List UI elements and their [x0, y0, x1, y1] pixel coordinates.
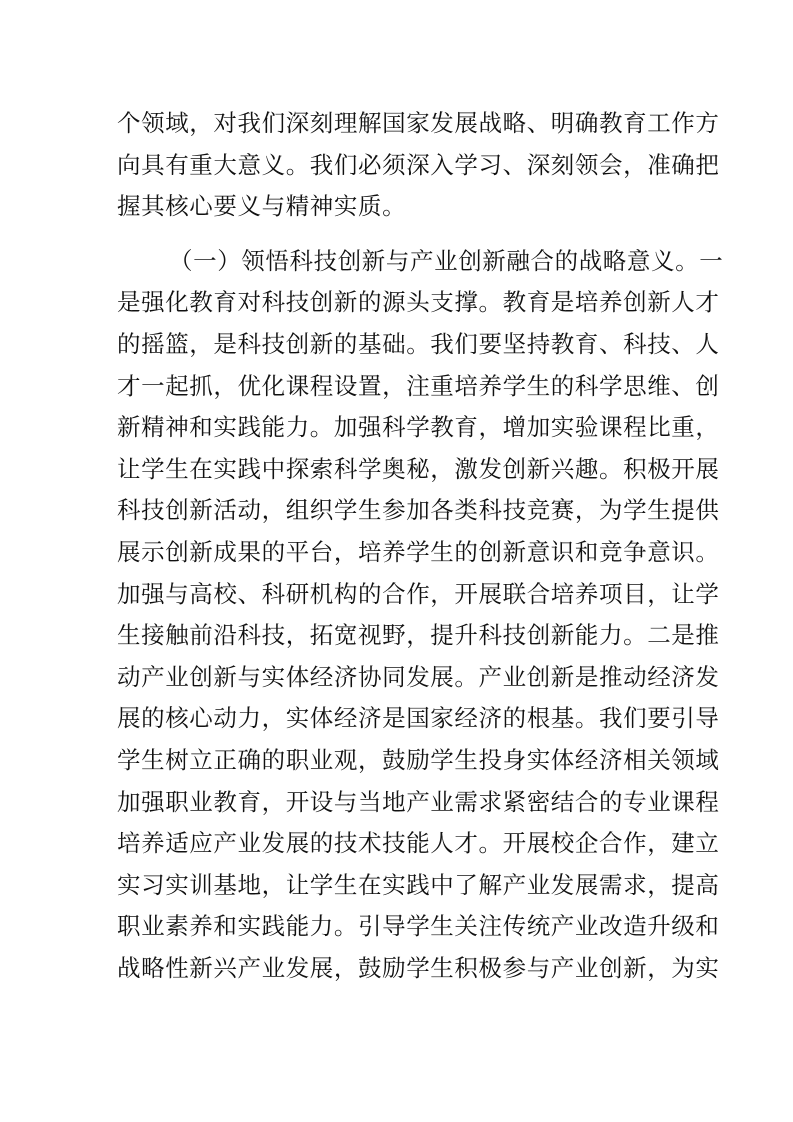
paragraph-intro-continuation: 个领域，对我们深刻理解国家发展战略、明确教育工作方 向具有重大意义。我们必须深入… — [117, 103, 677, 228]
text-line: 的摇篮，是科技创新的基础。我们要坚持教育、科技、人 — [117, 324, 677, 366]
text-line: 生接触前沿科技，拓宽视野，提升科技创新能力。二是推 — [117, 615, 677, 657]
text-line: 动产业创新与实体经济协同发展。产业创新是推动经济发 — [117, 657, 677, 699]
paragraph-section-1: （一）领悟科技创新与产业创新融合的战略意义。一 是强化教育对科技创新的源头支撑。… — [117, 241, 677, 990]
text-line: 科技创新活动，组织学生参加各类科技竞赛，为学生提供 — [117, 490, 677, 532]
text-line: 让学生在实践中探索科学奥秘，激发创新兴趣。积极开展 — [117, 449, 677, 491]
text-line: 学生树立正确的职业观，鼓励学生投身实体经济相关领域 — [117, 740, 677, 782]
document-page: 个领域，对我们深刻理解国家发展战略、明确教育工作方 向具有重大意义。我们必须深入… — [117, 103, 677, 989]
text-line: 向具有重大意义。我们必须深入学习、深刻领会，准确把 — [117, 145, 677, 187]
text-line: 加强职业教育，开设与当地产业需求紧密结合的专业课程 — [117, 782, 677, 824]
text-line: 加强与高校、科研机构的合作，开展联合培养项目，让学 — [117, 574, 677, 616]
text-line: 展的核心动力，实体经济是国家经济的根基。我们要引导 — [117, 698, 677, 740]
section-heading-line: （一）领悟科技创新与产业创新融合的战略意义。一 — [117, 241, 677, 283]
text-line: 个领域，对我们深刻理解国家发展战略、明确教育工作方 — [117, 103, 677, 145]
text-line: 新精神和实践能力。加强科学教育，增加实验课程比重， — [117, 407, 677, 449]
text-line: 培养适应产业发展的技术技能人才。开展校企合作，建立 — [117, 823, 677, 865]
paragraph-spacer — [117, 228, 677, 241]
text-line: 展示创新成果的平台，培养学生的创新意识和竞争意识。 — [117, 532, 677, 574]
text-line: 战略性新兴产业发展，鼓励学生积极参与产业创新，为实 — [117, 948, 677, 990]
text-line: 职业素养和实践能力。引导学生关注传统产业改造升级和 — [117, 906, 677, 948]
text-line: 才一起抓，优化课程设置，注重培养学生的科学思维、创 — [117, 366, 677, 408]
text-line: 是强化教育对科技创新的源头支撑。教育是培养创新人才 — [117, 282, 677, 324]
text-line: 实习实训基地，让学生在实践中了解产业发展需求，提高 — [117, 865, 677, 907]
text-line: 握其核心要义与精神实质。 — [117, 186, 677, 228]
